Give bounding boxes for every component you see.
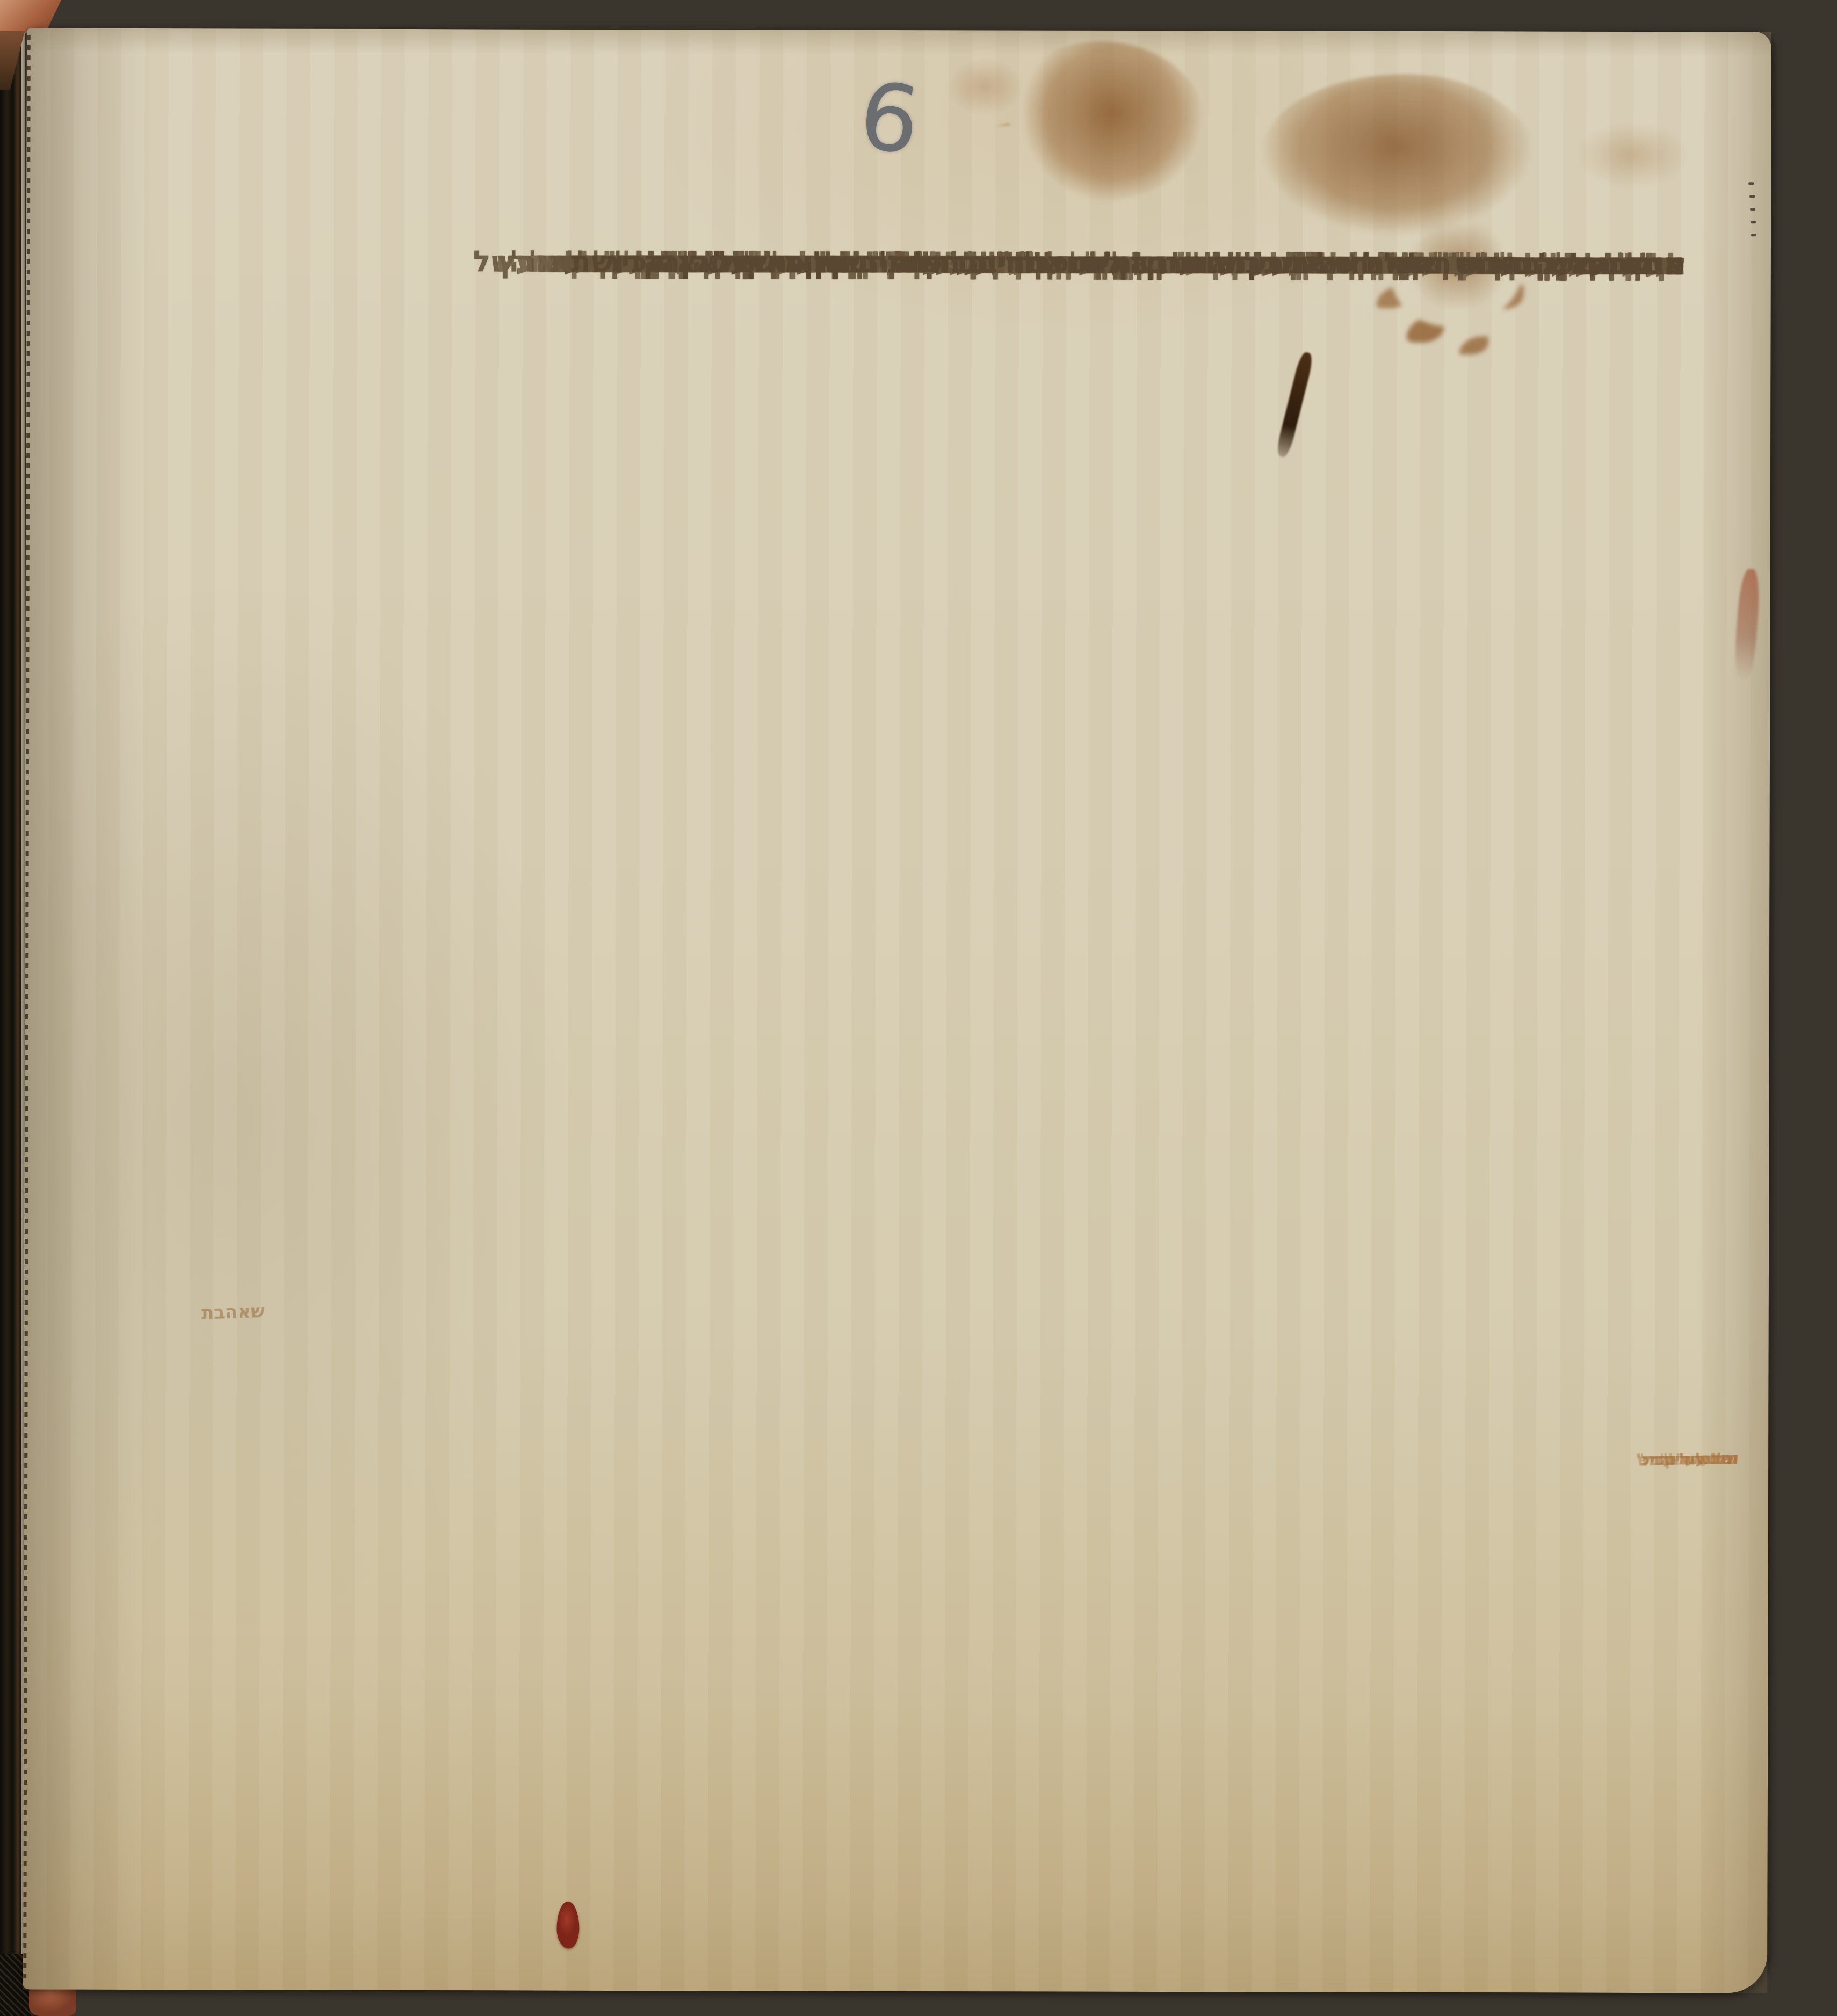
pricking-mark bbox=[1750, 208, 1755, 211]
ink-stain-left bbox=[1011, 41, 1205, 202]
pricking-mark bbox=[1751, 221, 1756, 223]
folio-number: 6 bbox=[854, 61, 925, 176]
left-margin-gloss: שאהבת bbox=[151, 1301, 265, 1326]
ink-stain-faint-right bbox=[1557, 112, 1708, 199]
gutter-shadow bbox=[23, 28, 153, 1990]
text-line: אומרה על הכוס אם לא אמר מחזירין אותו ר' … bbox=[603, 242, 1686, 285]
pricking-mark bbox=[1748, 182, 1754, 185]
pricking-mark bbox=[1749, 195, 1755, 198]
stray-ink-stroke bbox=[1275, 351, 1314, 458]
ink-spatter-near-number bbox=[931, 46, 1038, 127]
parchment-page: 6 הערב שכן תמיד של בין הערבים היה קרב עד… bbox=[23, 28, 1771, 1993]
gloss-line: מלטעמ' עד bbox=[1653, 1444, 1739, 1475]
top-edge-shadow bbox=[27, 28, 1771, 57]
right-margin-gloss: ומנחה לקדישובמנחה והמז'ישתבח ולברכ'זהב ל… bbox=[1577, 1444, 1738, 1445]
manuscript-scan: 6 הערב שכן תמיד של בין הערבים היה קרב עד… bbox=[0, 0, 1837, 2016]
pricking-mark bbox=[1751, 234, 1756, 236]
right-edge-shadow bbox=[1697, 32, 1771, 1993]
red-wax-drop bbox=[556, 1902, 579, 1949]
